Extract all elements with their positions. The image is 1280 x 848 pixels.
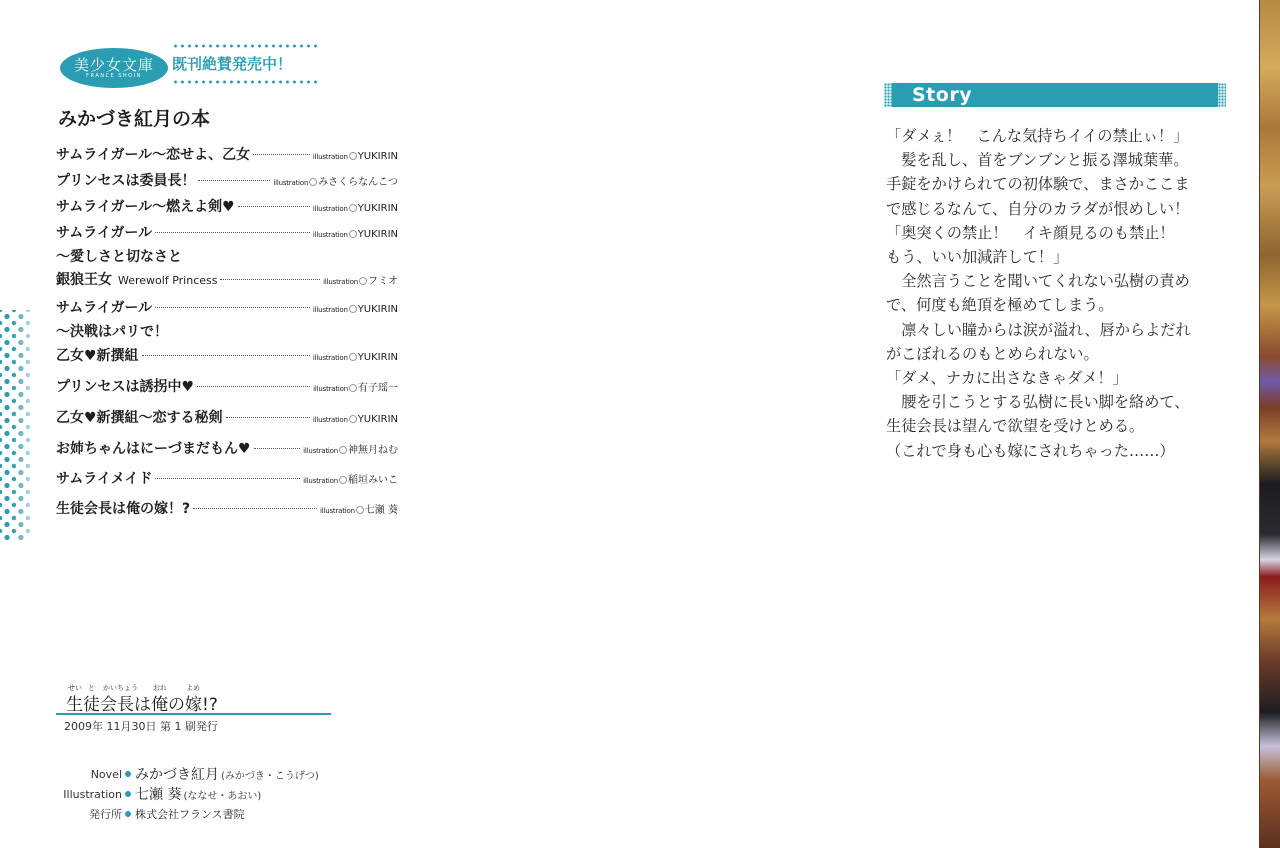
book-title: サムライガール	[56, 297, 152, 319]
circle-mark-icon	[339, 476, 347, 484]
dotted-leader	[226, 417, 310, 418]
book-illustrator: illustrationYUKIRIN	[313, 146, 398, 168]
book-title: 乙女♥新撰組	[56, 345, 139, 367]
book-item: 乙女♥新撰組〜恋する秘剣 illustrationYUKIRIN	[56, 407, 398, 431]
cover-art-edge	[1259, 0, 1280, 848]
book-illustrator: illustrationYUKIRIN	[313, 224, 398, 246]
story-line: （これで身も心も嫁にされちゃった……）	[886, 439, 1226, 463]
logo-text: 美少女文庫	[74, 57, 154, 73]
colophon-credits: Novel みかづき紅月 (みかづき・こうげつ) Illustration 七瀬…	[56, 764, 376, 824]
circle-mark-icon	[356, 506, 364, 514]
book-illustrator: illustration有子瑶一	[313, 378, 398, 400]
story-heading-bar: Story	[884, 83, 1226, 107]
credit-illustration: Illustration 七瀬 葵 (ななせ・あおい)	[56, 784, 376, 804]
book-title: 乙女♥新撰組〜恋する秘剣	[56, 407, 223, 429]
story-line: 「奥突くの禁止！ イキ顔見るのも禁止！	[886, 221, 1226, 245]
credit-publisher: 発行所 株式会社フランス書院	[56, 804, 376, 824]
book-illustrator: illustrationYUKIRIN	[313, 198, 398, 220]
dotted-leader	[142, 355, 310, 356]
story-line: 「ダメぇ！ こんな気持ちイイの禁止ぃ！」	[886, 124, 1226, 148]
story-line: 手錠をかけられての初体験で、まさかここま	[886, 172, 1226, 196]
book-item: サムライガール〜燃えよ剣♥ illustrationYUKIRIN	[56, 196, 398, 220]
circle-mark-icon	[349, 415, 357, 423]
publisher-logo: 美少女文庫 FRANCE SHOIN	[60, 48, 168, 88]
book-title: サムライガール〜燃えよ剣♥	[56, 196, 235, 218]
book-item: プリンセスは委員長！ illustrationみさくらなんこつ	[56, 170, 398, 194]
book-title: プリンセスは委員長！	[56, 170, 195, 192]
book-item: サムライガール illustrationYUKIRIN 〜愛しさと切なさと	[56, 222, 398, 268]
book-title: 銀狼王女	[56, 269, 112, 291]
book-item: 乙女♥新撰組 illustrationYUKIRIN	[56, 345, 398, 369]
dotted-leader	[155, 232, 310, 233]
dotted-leader	[220, 279, 320, 280]
story-heading: Story	[912, 84, 972, 106]
book-illustrator: illustration稲垣みいこ	[303, 470, 398, 492]
book-title: サムライメイド	[56, 468, 152, 490]
story-line: 凛々しい瞳からは涙が溢れ、唇からよだれ	[886, 318, 1226, 342]
halftone-edge	[1212, 83, 1226, 107]
author-heading: みかづき紅月の本	[58, 104, 210, 131]
circle-mark-icon	[339, 446, 347, 454]
story-line: で、何度も絶頂を極めてしまう。	[886, 293, 1226, 317]
book-item: サムライメイド illustration稲垣みいこ	[56, 468, 398, 492]
book-illustrator: illustration七瀬 葵	[320, 500, 398, 522]
dotted-leader	[254, 448, 301, 449]
dotted-leader	[198, 180, 270, 181]
release-banner-text: 既刊絶賛発売中！	[172, 48, 318, 80]
circle-mark-icon	[359, 277, 367, 285]
book-title: サムライガール	[56, 222, 152, 244]
dotted-border-bottom	[172, 80, 318, 84]
book-title: 生徒会長は俺の嫁！?	[56, 498, 190, 520]
book-title: サムライガール〜恋せよ、乙女	[56, 144, 250, 166]
circle-mark-icon	[349, 152, 357, 160]
book-illustrator: illustrationYUKIRIN	[313, 347, 398, 369]
story-line: 全然言うことを聞いてくれない弘樹の責め	[886, 269, 1226, 293]
book-illustrator: illustrationみさくらなんこつ	[273, 172, 398, 194]
book-illustrator: illustrationYUKIRIN	[313, 409, 398, 431]
dotted-leader	[155, 478, 300, 479]
story-line: 生徒会長は望んで欲望を受けとめる。	[886, 414, 1226, 438]
bullet-icon	[125, 791, 131, 797]
circle-mark-icon	[349, 384, 357, 392]
bullet-icon	[125, 771, 131, 777]
story-line: がこぼれるのもとめられない。	[886, 342, 1226, 366]
story-line: もう、いい加減許して！」	[886, 245, 1226, 269]
book-illustrator: illustrationフミオ	[323, 271, 398, 293]
story-line: 腰を引こうとする弘樹に長い脚を絡めて、	[886, 390, 1226, 414]
book-illustrator: illustration神無月ねむ	[303, 440, 398, 462]
colophon-title: 生徒会長は俺の嫁!?	[66, 690, 218, 715]
dotted-leader	[155, 307, 310, 308]
release-banner: 既刊絶賛発売中！	[172, 44, 318, 90]
dotted-leader	[253, 154, 310, 155]
circle-mark-icon	[349, 305, 357, 313]
book-item: サムライガール illustrationYUKIRIN 〜決戦はパリで！	[56, 297, 398, 343]
book-title-line2: 〜愛しさと切なさと	[56, 246, 398, 268]
story-line: 「ダメ、ナカに出さなきゃダメ！」	[886, 366, 1226, 390]
divider	[56, 713, 331, 715]
dotted-leader	[197, 386, 310, 387]
story-line: で感じるなんて、自分のカラダが恨めしい！	[886, 197, 1226, 221]
book-item: お姉ちゃんはにーづまだもん♥ illustration神無月ねむ	[56, 438, 398, 462]
circle-mark-icon	[349, 230, 357, 238]
dotted-leader	[238, 206, 310, 207]
publication-date: 2009年 11月30日 第 1 刷発行	[64, 718, 218, 734]
story-line: 髪を乱し、首をブンブンと振る澤城葉華。	[886, 148, 1226, 172]
dotted-leader	[193, 508, 317, 509]
book-title: お姉ちゃんはにーづまだもん♥	[56, 438, 251, 460]
bullet-icon	[125, 811, 131, 817]
circle-mark-icon	[309, 178, 317, 186]
circle-mark-icon	[349, 353, 357, 361]
story-body: 「ダメぇ！ こんな気持ちイイの禁止ぃ！」 髪を乱し、首をブンブンと振る澤城葉華。…	[886, 124, 1226, 463]
halftone-dot-decoration	[0, 310, 32, 542]
book-illustrator: illustrationYUKIRIN	[313, 299, 398, 321]
book-item: サムライガール〜恋せよ、乙女 illustrationYUKIRIN	[56, 144, 398, 168]
book-item: プリンセスは誘拐中♥ illustration有子瑶一	[56, 376, 398, 400]
book-title-line2: 〜決戦はパリで！	[56, 321, 398, 343]
book-title: プリンセスは誘拐中♥	[56, 376, 194, 398]
book-subtitle-en: Werewolf Princess	[118, 270, 217, 292]
credit-novel: Novel みかづき紅月 (みかづき・こうげつ)	[56, 764, 376, 784]
circle-mark-icon	[349, 204, 357, 212]
book-item: 生徒会長は俺の嫁！? illustration七瀬 葵	[56, 498, 398, 522]
book-item: 銀狼王女 Werewolf Princess illustrationフミオ	[56, 269, 398, 293]
logo-subtext: FRANCE SHOIN	[86, 73, 142, 80]
